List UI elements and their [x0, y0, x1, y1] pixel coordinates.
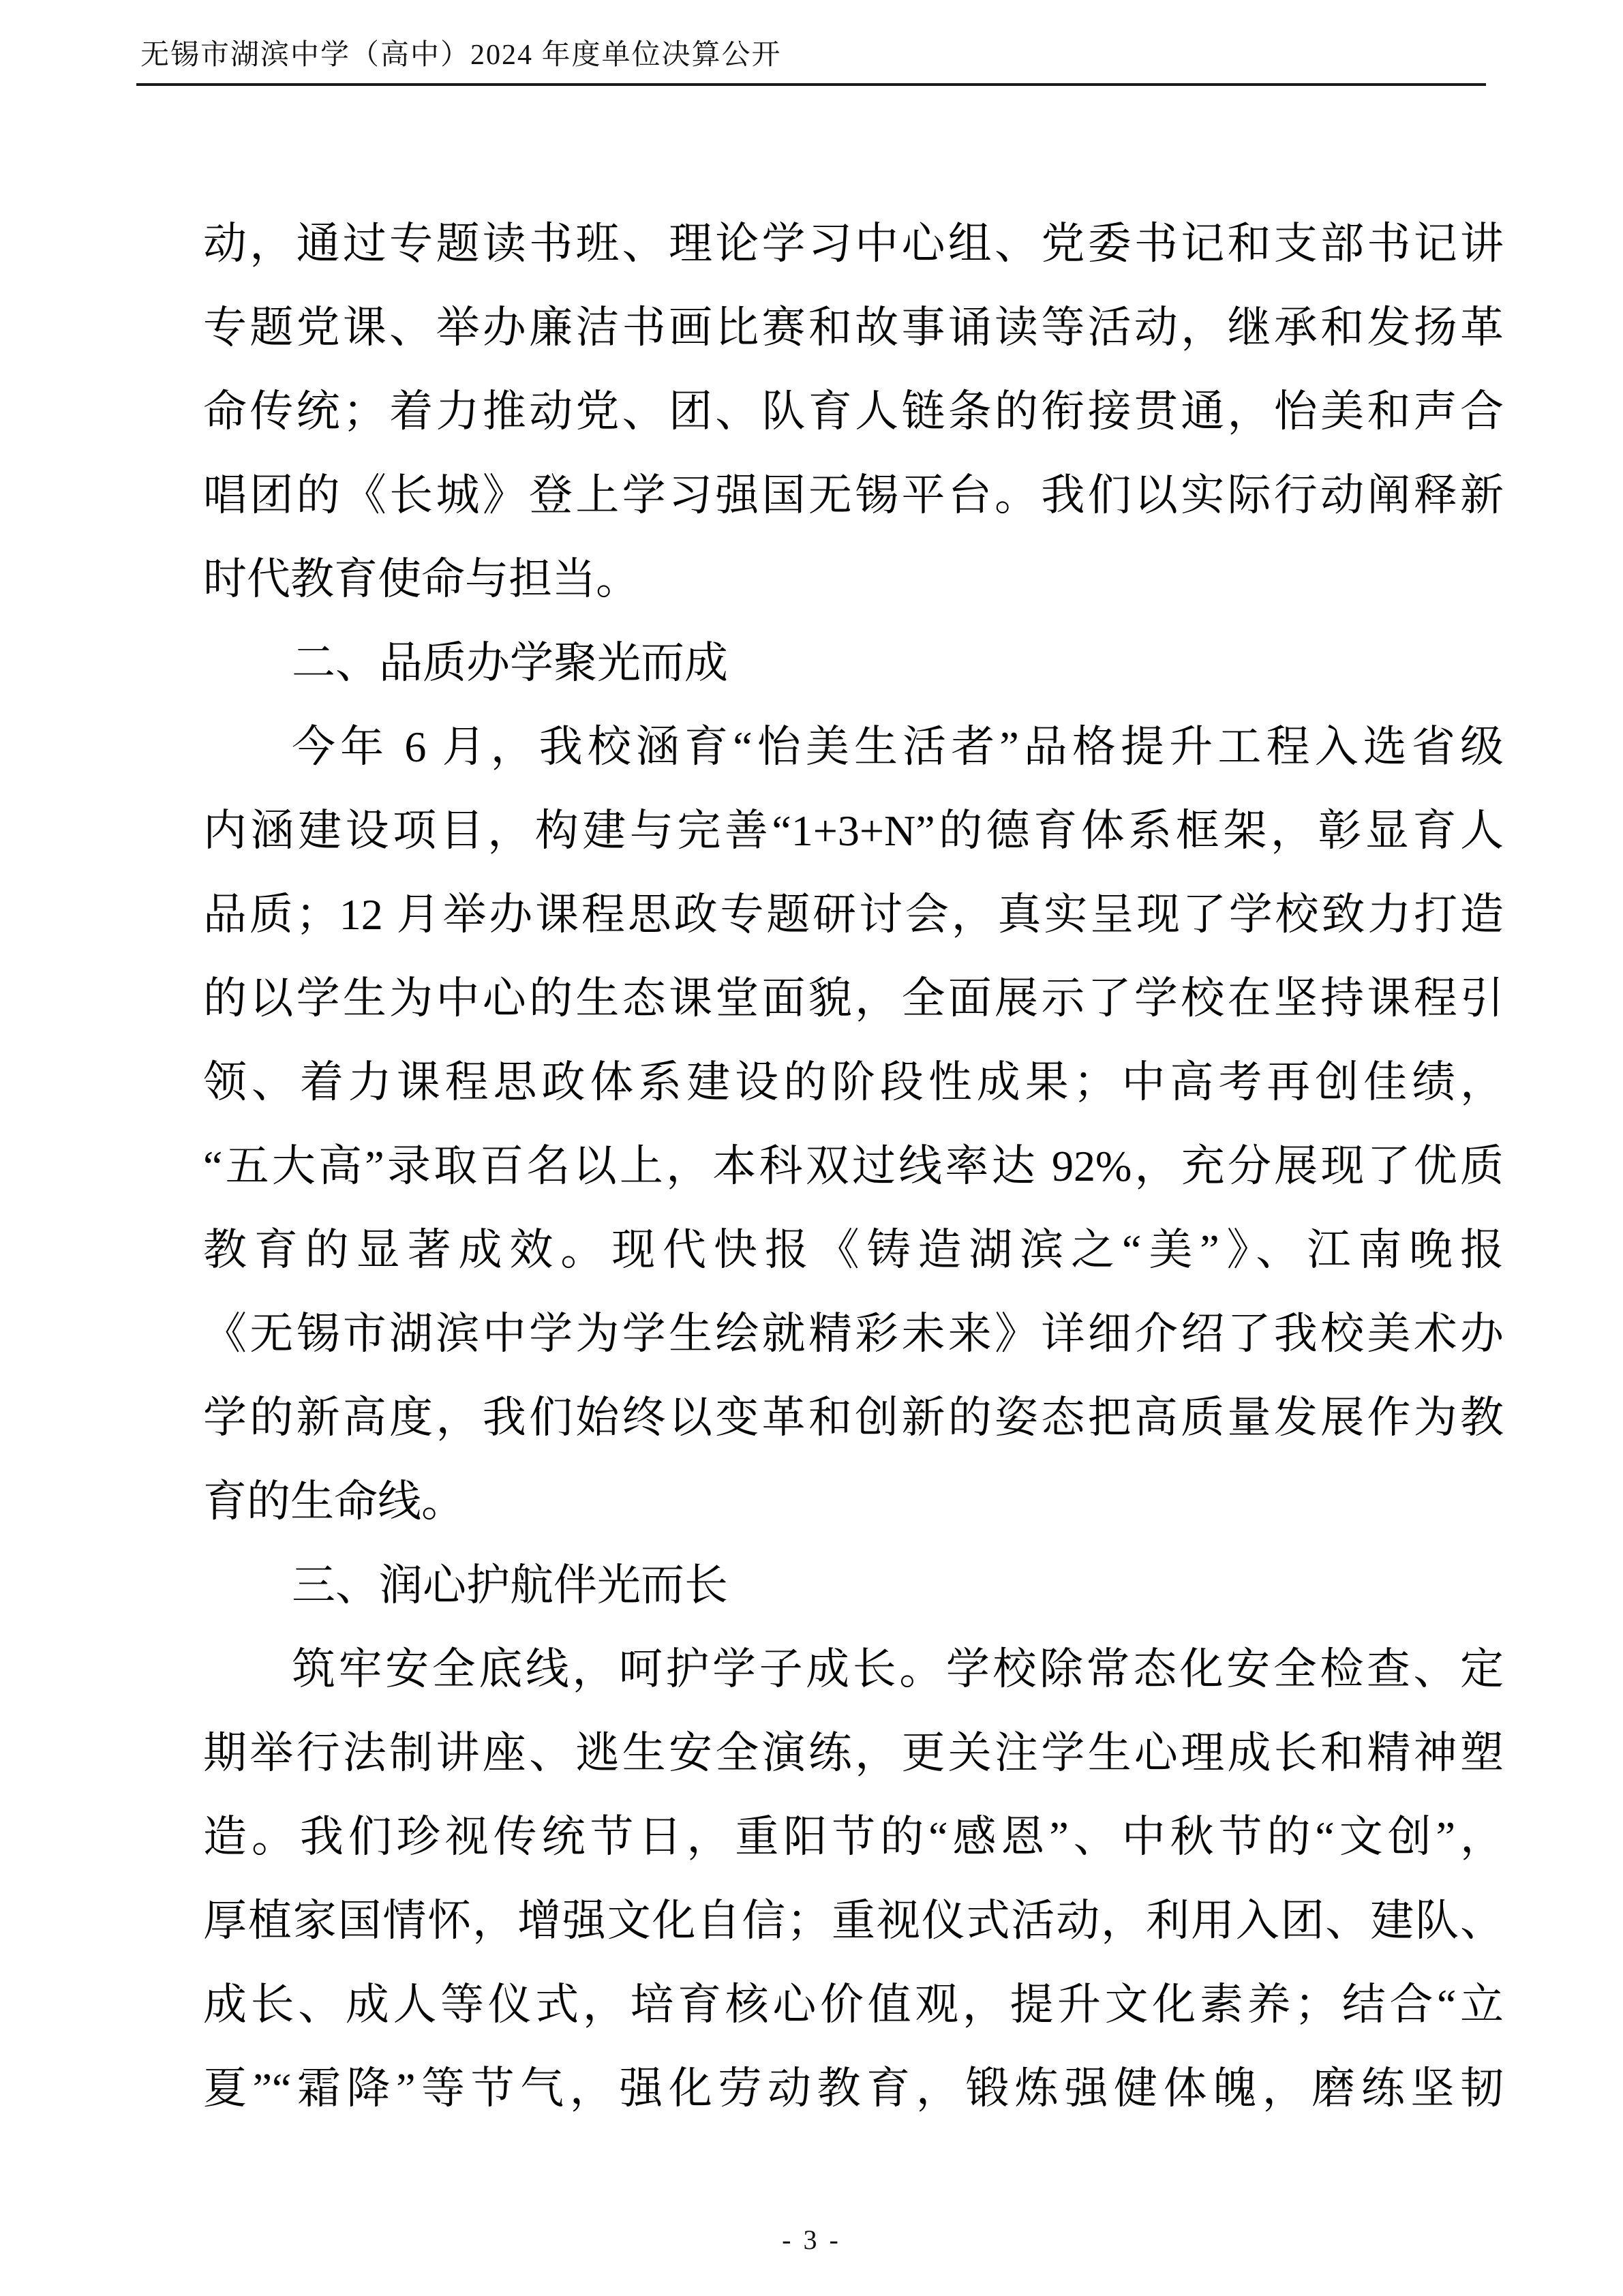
page-number: - 3 -	[782, 2224, 841, 2255]
text-line: 《无锡市湖滨中学为学生绘就精彩未来》详细介绍了我校美术办	[203, 1292, 1504, 1376]
document-body: 动，通过专题读书班、理论学习中心组、党委书记和支部书记讲 专题党课、举办廉洁书画…	[203, 202, 1504, 2130]
page-header: 无锡市湖滨中学（高中）2024 年度单位决算公开	[136, 35, 1486, 86]
text-line: 时代教育使命与担当。	[203, 537, 1504, 621]
text-line: 领、着力课程思政体系建设的阶段性成果；中高考再创佳绩，	[203, 1040, 1504, 1124]
header-title: 无锡市湖滨中学（高中）2024 年度单位决算公开	[136, 35, 1486, 75]
text-line: “五大高”录取百名以上，本科双过线率达 92%，充分展现了优质	[203, 1124, 1504, 1208]
document-page: 无锡市湖滨中学（高中）2024 年度单位决算公开 动，通过专题读书班、理论学习中…	[0, 0, 1623, 2296]
text-line: 育的生命线。	[203, 1460, 1504, 1543]
section-heading: 三、润心护航伴光而长	[203, 1543, 1504, 1627]
text-line: 动，通过专题读书班、理论学习中心组、党委书记和支部书记讲	[203, 202, 1504, 286]
text-line: 期举行法制讲座、逃生安全演练，更关注学生心理成长和精神塑	[203, 1711, 1504, 1795]
text-line: 品质；12 月举办课程思政专题研讨会，真实呈现了学校致力打造	[203, 873, 1504, 956]
page-footer: - 3 -	[0, 2224, 1623, 2256]
header-rule	[136, 83, 1486, 86]
text-line: 成长、成人等仪式，培育核心价值观，提升文化素养；结合“立	[203, 1963, 1504, 2046]
text-line: 内涵建设项目，构建与完善“1+3+N”的德育体系框架，彰显育人	[203, 789, 1504, 873]
text-line: 造。我们珍视传统节日，重阳节的“感恩”、中秋节的“文创”，	[203, 1795, 1504, 1879]
text-line: 专题党课、举办廉洁书画比赛和故事诵读等活动，继承和发扬革	[203, 286, 1504, 369]
text-line: 夏”“霜降”等节气，强化劳动教育，锻炼强健体魄，磨练坚韧	[203, 2046, 1504, 2130]
text-line: 唱团的《长城》登上学习强国无锡平台。我们以实际行动阐释新	[203, 453, 1504, 537]
text-line: 今年 6 月，我校涵育“怡美生活者”品格提升工程入选省级	[203, 705, 1504, 789]
text-line: 的以学生为中心的生态课堂面貌，全面展示了学校在坚持课程引	[203, 956, 1504, 1040]
text-line: 学的新高度，我们始终以变革和创新的姿态把高质量发展作为教	[203, 1376, 1504, 1460]
text-line: 教育的显著成效。现代快报《铸造湖滨之“美”》、江南晚报	[203, 1208, 1504, 1292]
section-heading: 二、品质办学聚光而成	[203, 621, 1504, 705]
text-line: 筑牢安全底线，呵护学子成长。学校除常态化安全检查、定	[203, 1627, 1504, 1711]
text-line: 厚植家国情怀，增强文化自信；重视仪式活动，利用入团、建队、	[203, 1879, 1504, 1963]
text-line: 命传统；着力推动党、团、队育人链条的衔接贯通，怡美和声合	[203, 369, 1504, 453]
